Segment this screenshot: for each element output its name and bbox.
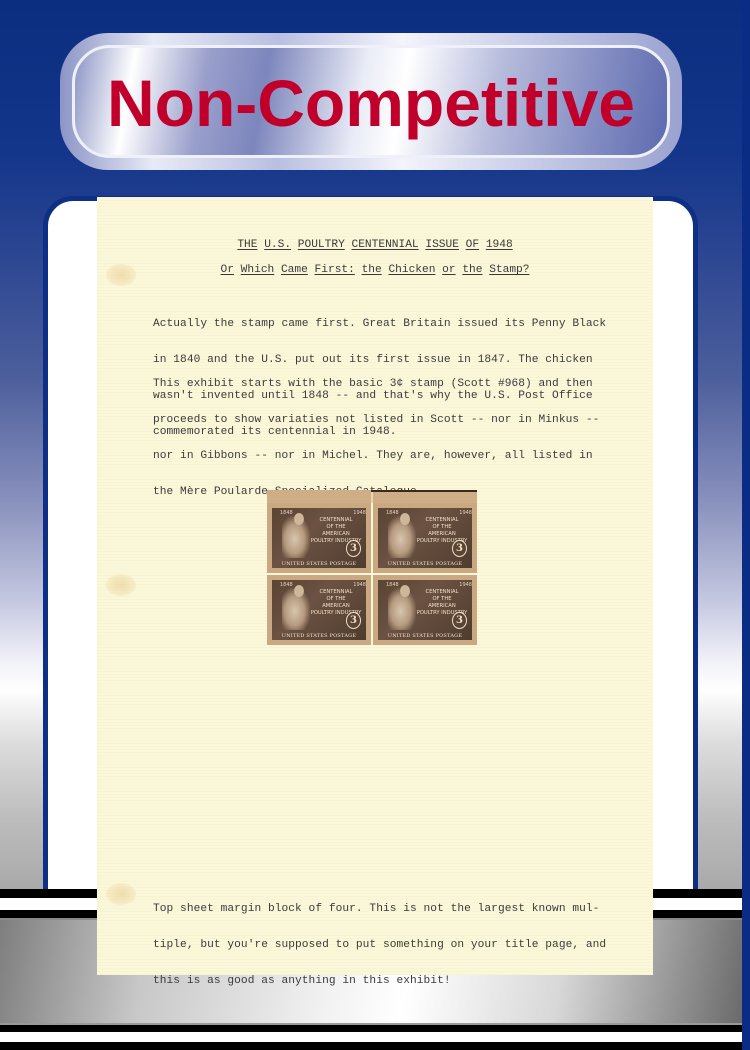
right-edge-bar: [742, 0, 750, 1050]
title-word: CENTENNIAL: [352, 239, 419, 251]
stamp-margin-block: 1848 1948 CENTENNIAL OF THE AMERICAN POU…: [267, 490, 477, 646]
stamp-design: 1848 1948 CENTENNIAL OF THE AMERICAN POU…: [378, 508, 472, 568]
title-word: 1948: [486, 239, 513, 251]
title-word: or: [442, 264, 455, 276]
stamp-denomination: 3: [452, 540, 467, 557]
bottom-stripe: [0, 1042, 742, 1050]
stamp: 1848 1948 CENTENNIAL OF THE AMERICAN POU…: [267, 503, 371, 573]
title-word: Or: [221, 264, 234, 276]
stamp-design: 1848 1948 CENTENNIAL OF THE AMERICAN POU…: [272, 580, 366, 640]
stamp-country: UNITED STATES POSTAGE: [276, 633, 362, 639]
punch-hole-stain: [106, 574, 136, 596]
chicken-head: [294, 513, 304, 525]
text-line: nor in Gibbons -- nor in Michel. They ar…: [153, 450, 599, 462]
stamp-country: UNITED STATES POSTAGE: [382, 561, 468, 567]
title-word: THE: [237, 239, 257, 251]
title-word: First:: [315, 264, 355, 276]
stamp: 1848 1948 CENTENNIAL OF THE AMERICAN POU…: [373, 575, 477, 645]
title-word: the: [362, 264, 382, 276]
stamp: 1848 1948 CENTENNIAL OF THE AMERICAN POU…: [267, 575, 371, 645]
stamp-year-right: 1948: [459, 510, 472, 516]
stamp-country: UNITED STATES POSTAGE: [276, 561, 362, 567]
caption-paragraph: Top sheet margin block of four. This is …: [153, 879, 606, 1011]
stamp-denomination: 3: [346, 612, 361, 629]
stamp-design: 1848 1948 CENTENNIAL OF THE AMERICAN POU…: [378, 580, 472, 640]
title-word: Chicken: [388, 264, 435, 276]
text-line: tiple, but you're supposed to put someth…: [153, 939, 606, 951]
title-word: U.S.: [264, 239, 291, 251]
title-word: Which: [241, 264, 275, 276]
chicken-head: [400, 585, 410, 597]
banner: Non-Competitive: [72, 45, 670, 158]
title-word: POULTRY: [298, 239, 345, 251]
title-word: OF: [466, 239, 479, 251]
text-line: proceeds to show variaties not listed in…: [153, 414, 599, 426]
stamp: 1848 1948 CENTENNIAL OF THE AMERICAN POU…: [373, 503, 477, 573]
punch-hole-stain: [106, 883, 136, 905]
page-subtitle: Or Which Came First: the Chicken or the …: [97, 264, 653, 276]
text-line: Top sheet margin block of four. This is …: [153, 903, 606, 915]
chicken-head: [294, 585, 304, 597]
sheet-margin-edge: [371, 490, 477, 492]
title-word: the: [462, 264, 482, 276]
banner-title: Non-Competitive: [107, 70, 635, 136]
title-word: ISSUE: [425, 239, 459, 251]
stamp-year-right: 1948: [459, 582, 472, 588]
chicken-head: [400, 513, 410, 525]
text-line: this is as good as anything in this exhi…: [153, 975, 606, 987]
stamp-denomination: 3: [346, 540, 361, 557]
text-line: This exhibit starts with the basic 3¢ st…: [153, 378, 599, 390]
text-line: Actually the stamp came first. Great Bri…: [153, 318, 606, 330]
bottom-stripe: [0, 1025, 742, 1032]
stamp-design: 1848 1948 CENTENNIAL OF THE AMERICAN POU…: [272, 508, 366, 568]
stamp-year-right: 1948: [353, 582, 366, 588]
stamp-year-right: 1948: [353, 510, 366, 516]
stamp-denomination: 3: [452, 612, 467, 629]
title-word: Stamp?: [489, 264, 529, 276]
page-title: THE U.S. POULTRY CENTENNIAL ISSUE OF 194…: [97, 239, 653, 251]
bottom-stripe: [0, 1032, 742, 1042]
title-word: Came: [281, 264, 308, 276]
stamp-country: UNITED STATES POSTAGE: [382, 633, 468, 639]
